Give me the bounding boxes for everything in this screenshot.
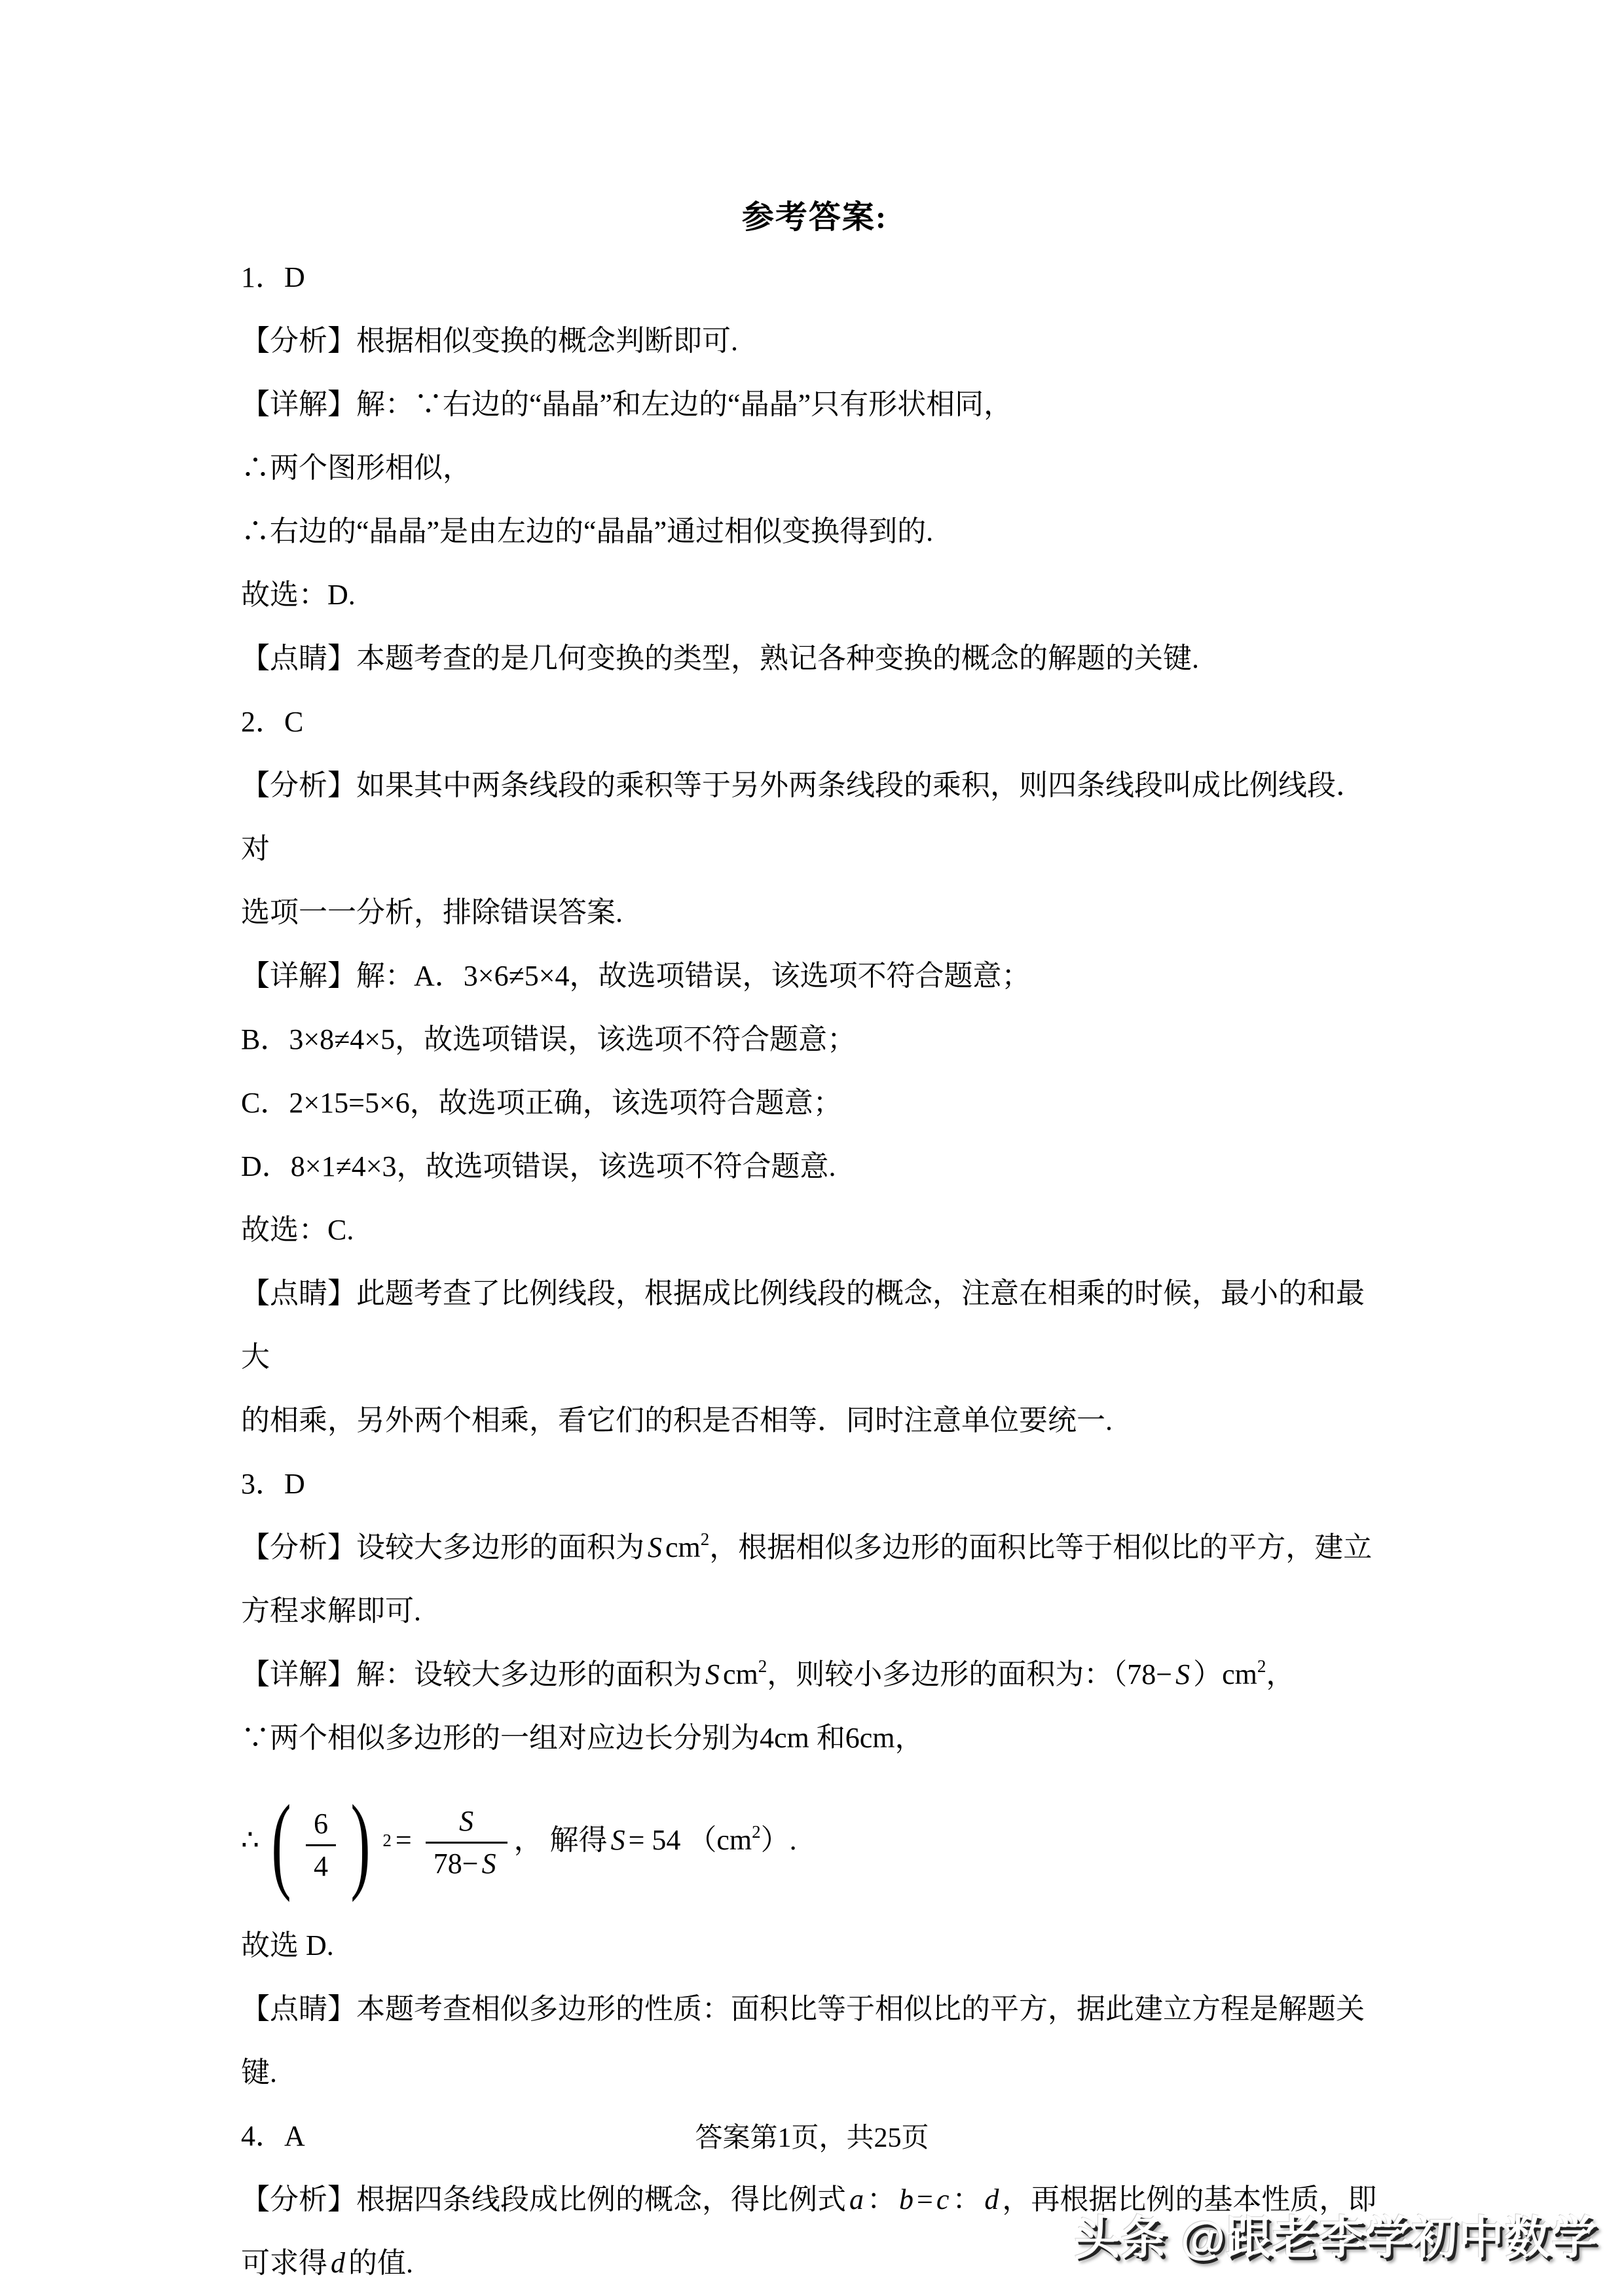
text-run: =: [396, 1824, 419, 1856]
math-variable: S: [479, 1848, 500, 1880]
paren-inner: 64: [299, 1779, 342, 1906]
doc-line-7: 【点睛】本题考查的是几何变换的类型，熟记各种变换的概念的解题的关键.: [241, 627, 1388, 690]
math-variable: S: [608, 1824, 629, 1856]
numerator: 6: [306, 1808, 336, 1844]
text-run: =: [917, 2183, 933, 2215]
parenthesized-expression: (64)2: [263, 1779, 378, 1906]
math-variable: S: [702, 1658, 723, 1690]
numerator: S: [426, 1806, 507, 1842]
math-variable: b: [896, 2183, 917, 2215]
text-run: ，: [1266, 1658, 1295, 1690]
text-run: ）.: [761, 1824, 797, 1856]
math-variable: S: [456, 1805, 477, 1837]
text-run: ，根据相似多边形的面积比等于相似比的平方，建立: [709, 1531, 1372, 1563]
doc-line-10: 选项一一分析，排除错误答案.: [241, 881, 1388, 944]
doc-line-25: 【点睛】本题考查相似多边形的性质：面积比等于相似比的平方，据此建立方程是解题关键…: [241, 1977, 1388, 2104]
text-run: 2．C: [241, 706, 303, 738]
text-run: 【分析】如果其中两条线段的乘积等于另外两条线段的乘积，则四条线段叫成比例线段．对: [241, 769, 1365, 865]
page-footer: 答案第1页，共25页: [0, 2120, 1624, 2157]
left-paren: (: [271, 1789, 291, 1897]
fraction: S78−S: [426, 1806, 507, 1880]
math-variable: d: [981, 2183, 1002, 2215]
doc-line-6: 故选：D.: [241, 563, 1388, 627]
doc-line-15: 故选：C.: [241, 1198, 1388, 1262]
document-body: 参考答案: 1．D【分析】根据相似变换的概念判断即可.【详解】解：∵右边的“晶晶…: [241, 198, 1388, 2295]
doc-line-21: 【详解】解：设较大多边形的面积为Scm2，则较小多边形的面积为：（78−S）cm…: [241, 1643, 1388, 1706]
text-run: ）cm: [1193, 1658, 1257, 1690]
text-run: ，则较小多边形的面积为：（78−: [767, 1658, 1172, 1690]
math-variable: c: [933, 2183, 953, 2215]
text-run: ∵两个相似多边形的一组对应边长分别为4cm 和6cm，: [241, 1722, 924, 1754]
text-run: 4: [314, 1850, 328, 1882]
doc-line-19: 【分析】设较大多边形的面积为Scm2，根据相似多边形的面积比等于相似比的平方，建…: [241, 1516, 1388, 1579]
right-paren: ): [350, 1789, 370, 1897]
math-variable: a: [846, 2183, 867, 2215]
text-run: ，再根据比例的基本性质，即: [1002, 2183, 1376, 2215]
text-run: 【详解】解：∵右边的“晶晶”和左边的“晶晶”只有形状相同，: [241, 388, 1012, 420]
text-run: C．2×15=5×6，故选项正确，该选项符合题意；: [241, 1087, 842, 1119]
denominator: 78−S: [426, 1842, 507, 1880]
doc-line-13: C．2×15=5×6，故选项正确，该选项符合题意；: [241, 1071, 1388, 1135]
text-run: ：: [952, 2183, 981, 2215]
text-run: ∴两个图形相似，: [241, 452, 471, 484]
doc-line-9: 【分析】如果其中两条线段的乘积等于另外两条线段的乘积，则四条线段叫成比例线段．对: [241, 754, 1388, 881]
math-variable: S: [644, 1531, 665, 1563]
answer-page: 参考答案: 1．D【分析】根据相似变换的概念判断即可.【详解】解：∵右边的“晶晶…: [0, 0, 1624, 2296]
doc-line-1: 1．D: [241, 246, 1388, 309]
doc-line-12: B．3×8≠4×5，故选项错误，该选项不符合题意；: [241, 1008, 1388, 1071]
text-run: D．8×1≠4×3，故选项错误，该选项不符合题意.: [241, 1150, 836, 1182]
doc-line-3: 【详解】解：∵右边的“晶晶”和左边的“晶晶”只有形状相同，: [241, 373, 1388, 436]
text-run: cm: [723, 1658, 758, 1690]
page-title: 参考答案:: [241, 198, 1388, 237]
text-run: 可求得: [241, 2247, 327, 2279]
text-run: ∴右边的“晶晶”是由左边的“晶晶”通过相似变换得到的.: [241, 515, 933, 547]
text-run: 1．D: [241, 261, 305, 293]
text-run: 【分析】设较大多边形的面积为: [241, 1531, 644, 1563]
text-run: 6: [314, 1808, 328, 1840]
text-run: 【详解】解：A．3×6≠5×4，故选项错误，该选项不符合题意；: [241, 960, 1031, 992]
doc-line-20: 方程求解即可.: [241, 1579, 1388, 1643]
fraction: 64: [306, 1808, 336, 1883]
doc-line-24: 故选 D.: [241, 1914, 1388, 1977]
text-run: 故选：D.: [241, 579, 356, 611]
text-run: = 54 （cm: [629, 1824, 752, 1856]
text-run: 方程求解即可.: [241, 1595, 421, 1627]
doc-line-17: 的相乘，另外两个相乘，看它们的积是否相等．同时注意单位要统一.: [241, 1389, 1388, 1452]
math-variable: d: [327, 2247, 348, 2279]
text-run: 故选 D.: [241, 1929, 334, 1961]
text-run: 【详解】解：设较大多边形的面积为: [241, 1658, 702, 1690]
text-run: 的值.: [348, 2247, 413, 2279]
text-run: 【分析】根据四条线段成比例的概念，得比例式: [241, 2183, 846, 2215]
doc-line-2: 【分析】根据相似变换的概念判断即可.: [241, 309, 1388, 373]
doc-line-11: 【详解】解：A．3×6≠5×4，故选项错误，该选项不符合题意；: [241, 944, 1388, 1008]
text-run: B．3×8≠4×5，故选项错误，该选项不符合题意；: [241, 1023, 856, 1055]
text-run: 的相乘，另外两个相乘，看它们的积是否相等．同时注意单位要统一.: [241, 1404, 1113, 1436]
denominator: 4: [306, 1844, 336, 1882]
doc-line-23: ∴(64)2= S78−S， 解得S= 54 （cm2）.: [241, 1777, 1388, 1906]
text-run: ， 解得: [514, 1824, 608, 1856]
text-run: ：: [867, 2183, 896, 2215]
text-run: 故选：C.: [241, 1214, 354, 1246]
text-run: 【点睛】本题考查的是几何变换的类型，熟记各种变换的概念的解题的关键.: [241, 642, 1199, 674]
text-run: 【分析】根据相似变换的概念判断即可.: [241, 325, 738, 357]
text-run: 【点睛】本题考查相似多边形的性质：面积比等于相似比的平方，据此建立方程是解题关键…: [241, 1993, 1365, 2088]
math-variable: S: [1172, 1658, 1193, 1690]
text-run: 选项一一分析，排除错误答案.: [241, 896, 623, 928]
text-run: cm: [665, 1531, 701, 1563]
text-run: 78−: [434, 1848, 479, 1880]
answer-lines: 1．D【分析】根据相似变换的概念判断即可.【详解】解：∵右边的“晶晶”和左边的“…: [241, 246, 1388, 2295]
doc-line-5: ∴右边的“晶晶”是由左边的“晶晶”通过相似变换得到的.: [241, 500, 1388, 563]
text-run: 【点睛】此题考查了比例线段，根据成比例线段的概念，注意在相乘的时候，最小的和最大: [241, 1277, 1365, 1373]
doc-line-22: ∵两个相似多边形的一组对应边长分别为4cm 和6cm，: [241, 1706, 1388, 1770]
doc-line-8: 2．C: [241, 690, 1388, 754]
doc-line-4: ∴两个图形相似，: [241, 436, 1388, 500]
watermark: 头条 @跟老李学初中数学: [1074, 2212, 1598, 2264]
text-run: ∴: [241, 1824, 259, 1856]
paren-exponent: 2: [382, 1777, 392, 1904]
doc-line-14: D．8×1≠4×3，故选项错误，该选项不符合题意.: [241, 1135, 1388, 1198]
doc-line-18: 3．D: [241, 1452, 1388, 1516]
text-run: 3．D: [241, 1468, 305, 1500]
doc-line-16: 【点睛】此题考查了比例线段，根据成比例线段的概念，注意在相乘的时候，最小的和最大: [241, 1262, 1388, 1389]
